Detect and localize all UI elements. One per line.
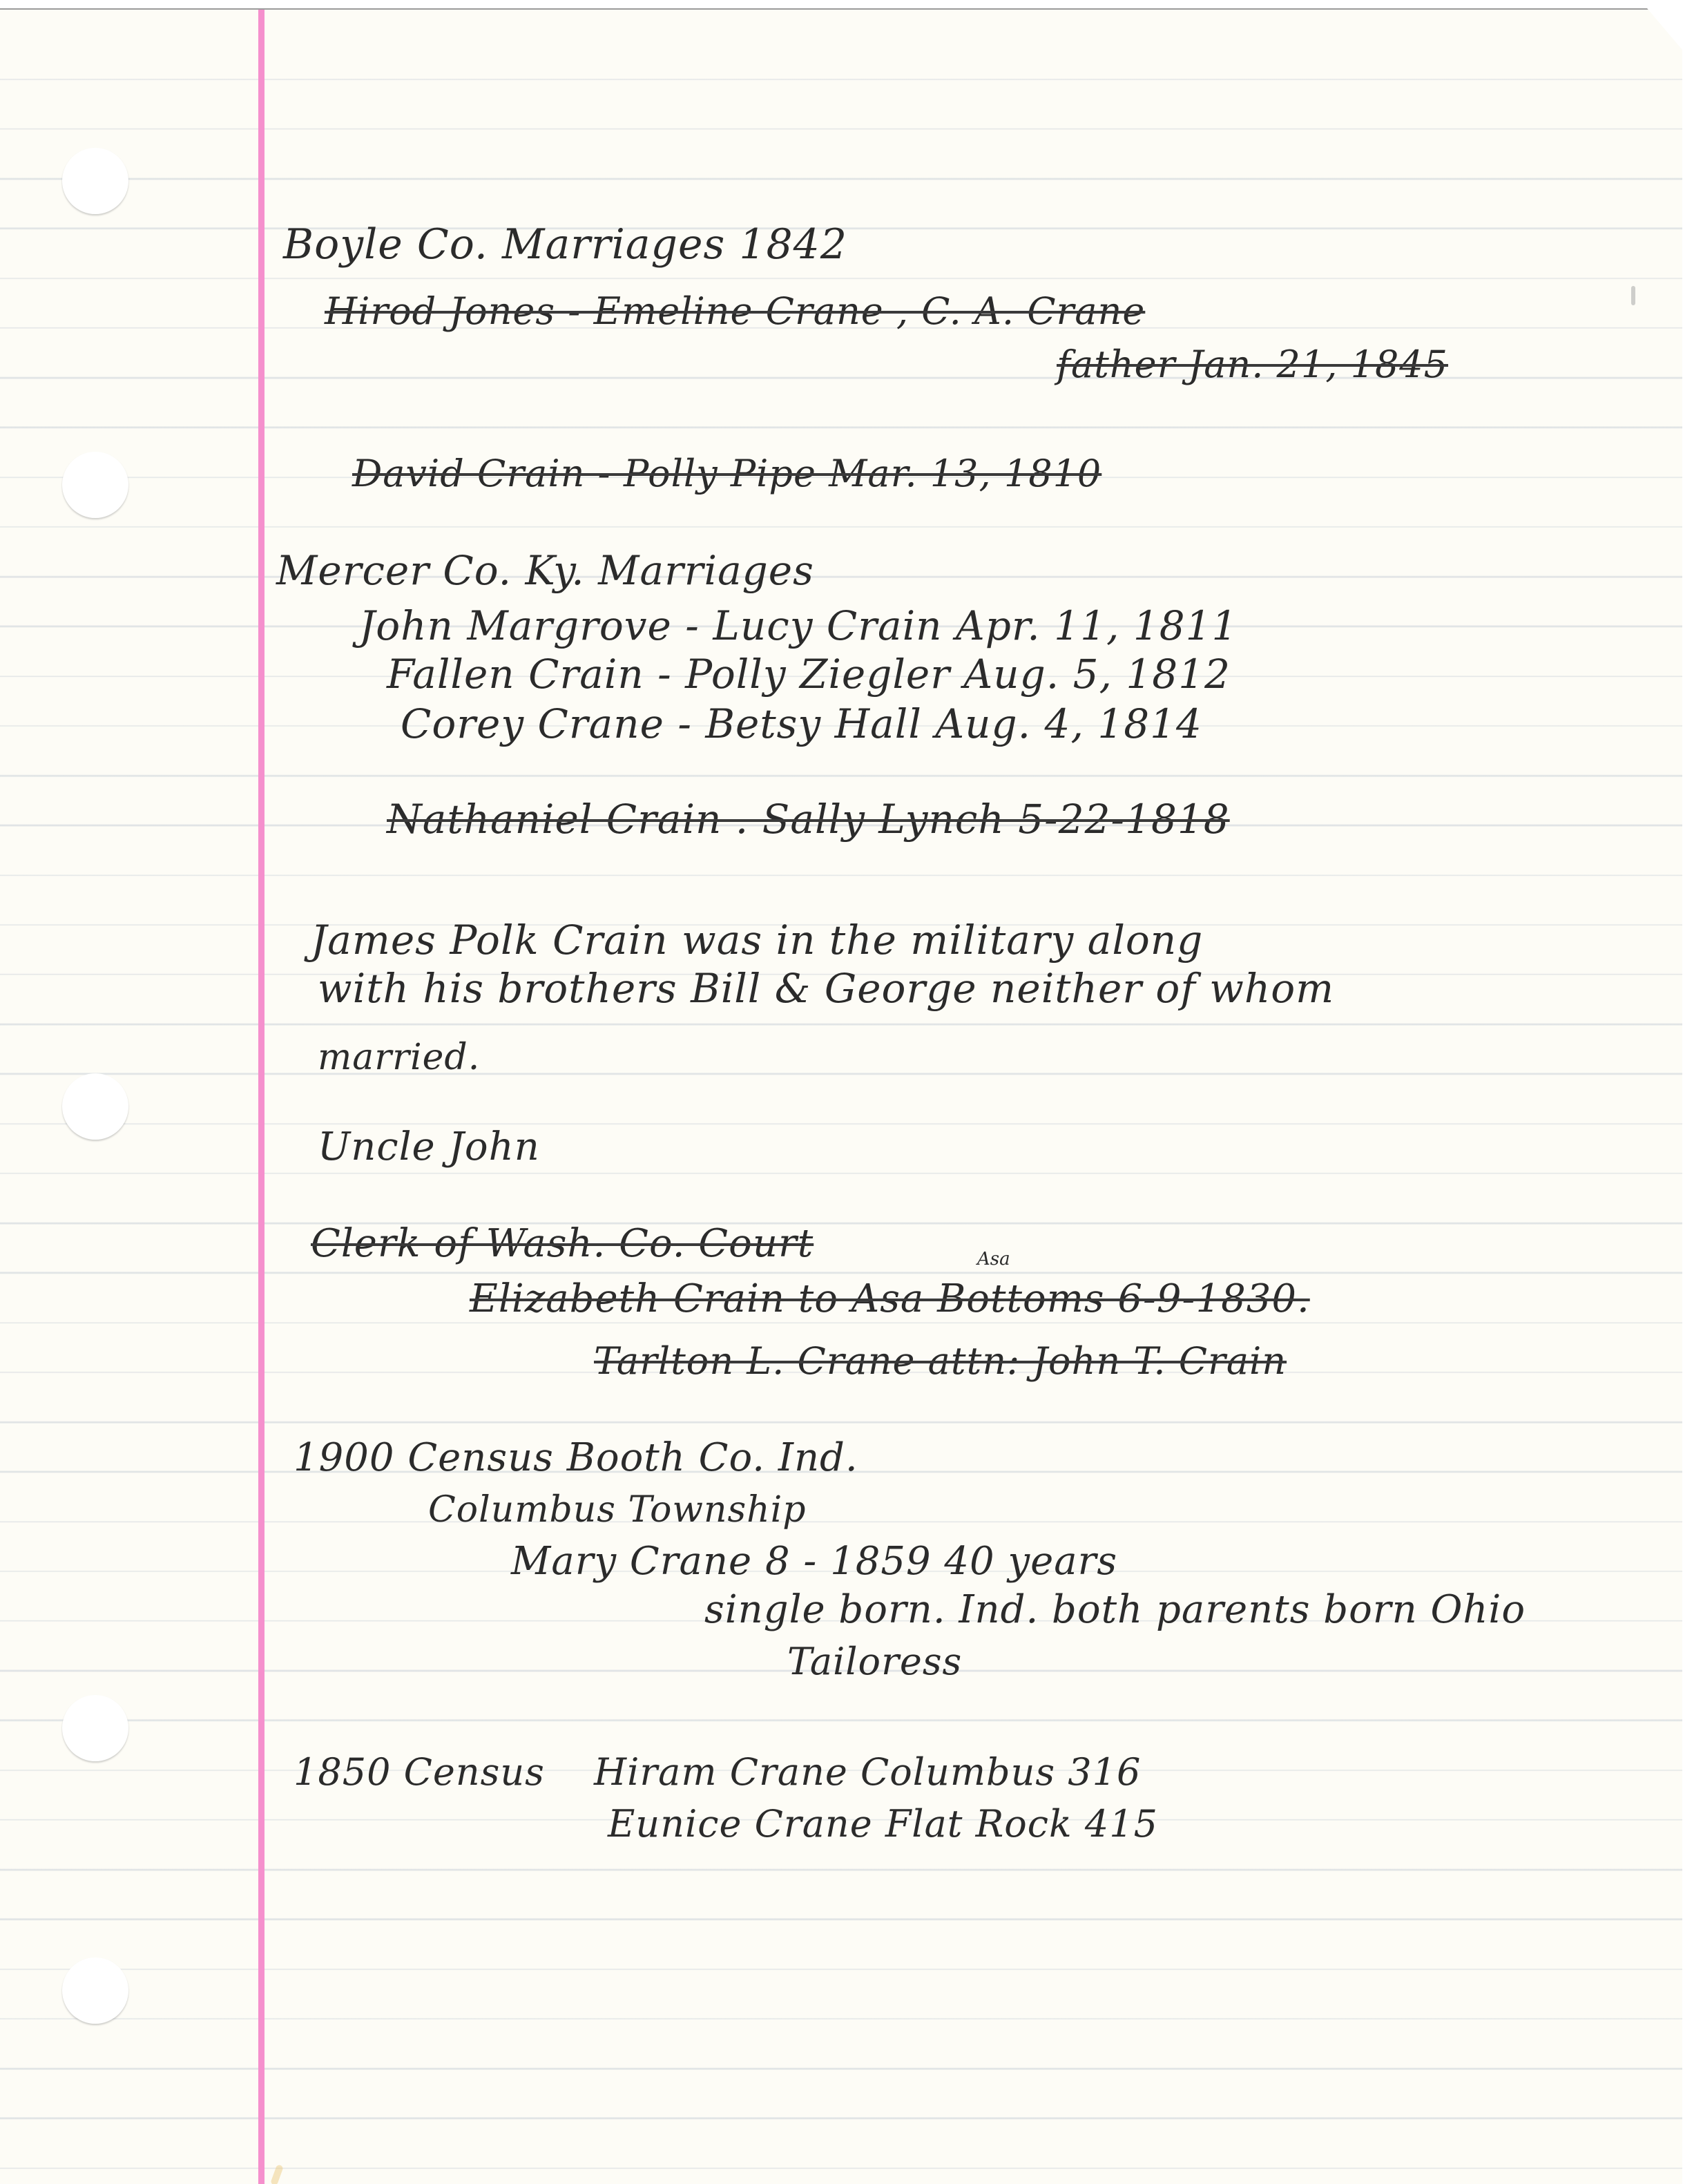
note-line: father Jan. 21, 1845 bbox=[1057, 340, 1448, 390]
note-line: Hirod Jones - Emeline Crane , C. A. Cran… bbox=[325, 287, 1145, 336]
note-line: Tailoress bbox=[787, 1637, 962, 1687]
note-line: John Margrove - Lucy Crain Apr. 11, 1811 bbox=[359, 601, 1238, 651]
heading-mercer-co: Mercer Co. Ky. Marriages bbox=[276, 546, 814, 595]
margin-line bbox=[258, 10, 264, 2184]
heading-clerk-wash-co: Clerk of Wash. Co. Court bbox=[311, 1219, 814, 1269]
punch-hole bbox=[62, 1073, 128, 1140]
note-line: with his brothers Bill & George neither … bbox=[318, 964, 1334, 1013]
punch-hole bbox=[62, 148, 128, 214]
note-line: Elizabeth Crain to Asa Bottoms 6-9-1830. bbox=[470, 1274, 1310, 1324]
pencil-mark bbox=[1631, 286, 1635, 305]
note-line: David Crain - Polly Pipe Mar. 13, 1810 bbox=[352, 449, 1101, 499]
note-line: Corey Crane - Betsy Hall Aug. 4, 1814 bbox=[401, 699, 1202, 749]
heading-1900-census: 1900 Census Booth Co. Ind. bbox=[294, 1433, 858, 1483]
note-line: Mary Crane 8 - 1859 40 years bbox=[511, 1537, 1117, 1587]
note-line: Nathaniel Crain . Sally Lynch 5-22-1818 bbox=[387, 794, 1230, 844]
note-line: Fallen Crain - Polly Ziegler Aug. 5, 181… bbox=[387, 649, 1231, 699]
note-line: Eunice Crane Flat Rock 415 bbox=[608, 1799, 1158, 1849]
superscript-insertion: Asa bbox=[977, 1249, 1010, 1270]
note-line: single born. Ind. both parents born Ohio bbox=[704, 1585, 1526, 1635]
heading-uncle-john: Uncle John bbox=[318, 1122, 540, 1172]
note-line: married. bbox=[318, 1033, 480, 1082]
punch-hole bbox=[62, 452, 128, 518]
punch-hole bbox=[62, 1957, 128, 2024]
note-line: James Polk Crain was in the military alo… bbox=[311, 915, 1203, 965]
punch-hole bbox=[62, 1695, 128, 1761]
paper-stain bbox=[270, 2164, 284, 2184]
note-line: Tarlton L. Crane attn: John T. Crain bbox=[594, 1337, 1287, 1386]
heading-1850-census: 1850 Census bbox=[294, 1747, 545, 1797]
note-line: Columbus Township bbox=[428, 1485, 807, 1535]
note-line: Hiram Crane Columbus 316 bbox=[594, 1747, 1141, 1797]
heading-boyle-co: Boyle Co. Marriages 1842 bbox=[283, 220, 847, 269]
